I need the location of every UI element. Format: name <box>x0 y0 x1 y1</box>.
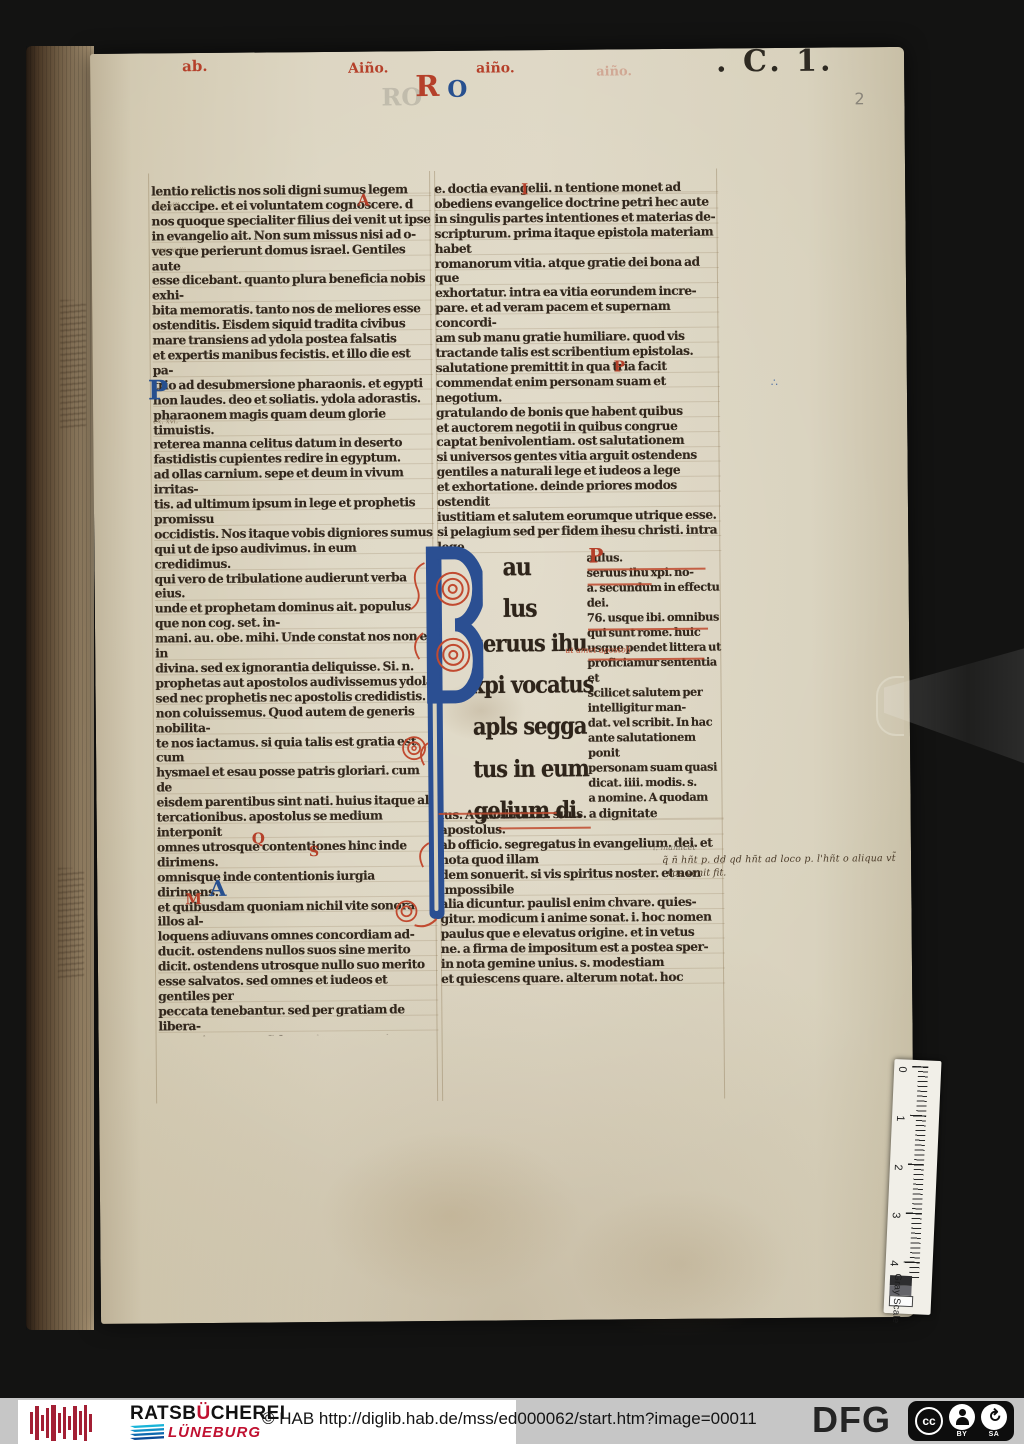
gutter-scribble <box>58 868 84 978</box>
lemma-text-indent: au lus <box>502 547 536 630</box>
margin-blue-dots: ∴ <box>771 376 778 389</box>
gutter-scribble <box>60 300 86 430</box>
cc-icon: cc <box>915 1407 943 1435</box>
blue-initial: A <box>209 876 226 902</box>
ruler-number: 2 <box>891 1164 904 1179</box>
ruler-ticks-major <box>903 1066 928 1278</box>
ruler-number: 3 <box>889 1212 902 1227</box>
folio-number: 2 <box>854 89 864 108</box>
cc-license-badge[interactable]: cc BY ↻ SA <box>908 1401 1014 1441</box>
cc-circle-icon: cc <box>915 1407 943 1435</box>
person-icon <box>949 1404 975 1430</box>
interlinear-rubric: ut amet apostoli <box>565 645 631 655</box>
rubric-initial: M <box>185 890 202 908</box>
rubric-initial: P <box>588 544 603 568</box>
margin-note: vos venit fit. <box>667 867 726 879</box>
manuscript-page: ab. Aiño. aiño. aiño. RO R O . C. 1. 2 l… <box>90 47 915 1324</box>
share-alike-icon: ↻ <box>981 1404 1007 1430</box>
running-mark: Aiño. <box>348 60 388 76</box>
blue-initial: P <box>148 375 169 406</box>
parchment-stain <box>319 1130 580 1302</box>
rubric-initial: S <box>309 844 319 860</box>
footer-bar: RATSBÜCHEREI LÜNEBURG © HAB http://digli… <box>0 1398 1024 1444</box>
margin-note-tiny: i. manlicet <box>653 843 696 852</box>
cc-sa-icon: ↻ SA <box>981 1404 1007 1438</box>
rubric-initial: Q <box>252 830 265 848</box>
running-mark-ghost: aiño. <box>596 64 632 79</box>
library-name-part: RATSB <box>130 1403 197 1424</box>
text-column-right-top: e. doctia evangelii. n tentione monet ad… <box>434 180 721 556</box>
running-title-r: R <box>415 69 439 103</box>
library-name-umlaut: Ü <box>197 1403 211 1424</box>
cc-by-icon: BY <box>949 1404 975 1438</box>
book-spine <box>26 46 94 1330</box>
margin-citation: ma. xviij. <box>156 246 188 254</box>
ruler-number: 0 <box>896 1066 909 1081</box>
cc-by-label: BY <box>957 1431 968 1438</box>
running-title-o: O <box>447 76 467 103</box>
dfg-logo[interactable]: DFG <box>812 1399 891 1441</box>
digitized-manuscript-viewer: { "colors": { "background": "#131312", "… <box>0 0 1024 1444</box>
running-mark: aiño. <box>476 60 515 76</box>
book-chevrons-icon <box>130 1424 164 1442</box>
red-penwork-spiral <box>394 899 418 923</box>
ruler-number: 1 <box>894 1115 907 1130</box>
cc-sa-label: SA <box>989 1431 1000 1438</box>
rubric-initial: P <box>614 357 625 375</box>
margin-note: q̃ ñ hñt p. dd qd hñt ad loco p. l'hñt o… <box>662 853 896 866</box>
copyright-url[interactable]: © HAB http://diglib.hab.de/mss/ed000062/… <box>262 1409 757 1429</box>
rubric-initial: I <box>521 180 528 198</box>
library-bars-icon <box>30 1404 92 1442</box>
grayscale-label: Gray Scale <box>890 1273 903 1323</box>
margin-citation: me. viij. <box>153 201 181 209</box>
parchment-stain <box>570 1188 791 1340</box>
library-city: LÜNEBURG <box>168 1424 261 1441</box>
grayscale-ruler: 0 1 2 3 4 Gray Scale <box>883 1059 941 1315</box>
quire-mark: ab. <box>182 57 208 75</box>
margin-citation: ex. xvi. <box>153 417 178 425</box>
rubric-initial: A <box>357 191 370 210</box>
chapter-number: . C. 1. <box>716 44 834 80</box>
page-holder-clip <box>876 676 904 736</box>
red-penwork-spiral <box>401 735 427 761</box>
spine-texture <box>26 46 94 1330</box>
gloss-column: aulus. seruus ihu xpi. no- a. secundum i… <box>586 550 722 807</box>
